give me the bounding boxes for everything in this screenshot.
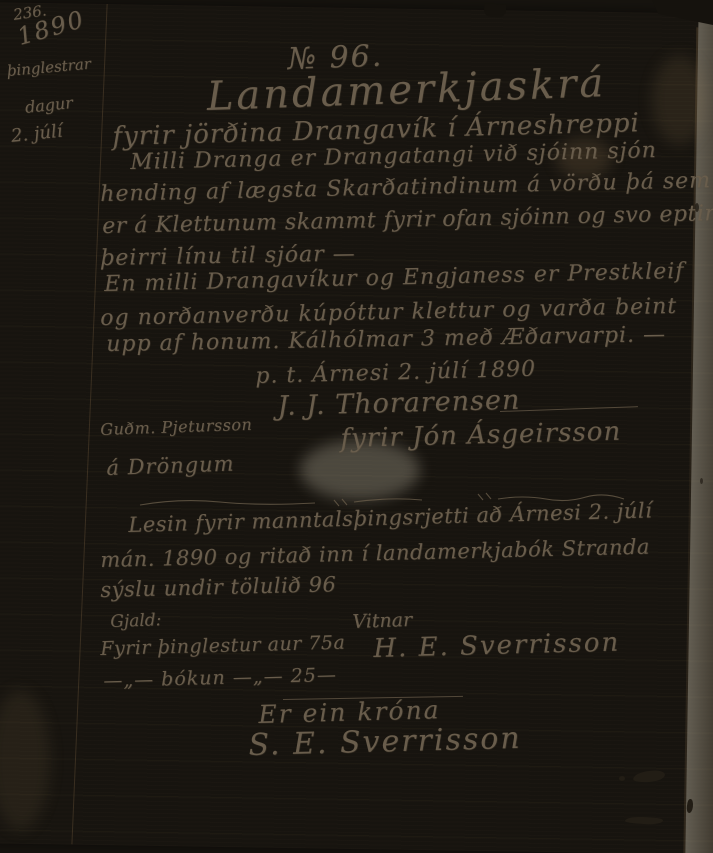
edge-speck bbox=[695, 203, 699, 212]
fees-label: Gjald: bbox=[110, 610, 162, 632]
fees-line2: —„— bókun —„— 25— bbox=[103, 664, 337, 692]
signature-main: J. J. Thorarensen bbox=[277, 385, 521, 422]
edge-speck bbox=[700, 478, 703, 484]
signature-bottom: S. E. Sverrisson bbox=[248, 721, 522, 763]
paper-stain bbox=[652, 55, 707, 145]
fees-line1: Fyrir þinglestur aur 75a bbox=[100, 632, 346, 660]
margin-note-line1: þinglestrar bbox=[6, 55, 92, 80]
scan-background: { "document": { "margin": { "entry_numbe… bbox=[0, 0, 713, 853]
scan-edge-notch bbox=[484, 4, 506, 18]
witness-label: Vitnar bbox=[352, 609, 412, 633]
ink-blot bbox=[633, 770, 666, 784]
signature-flourish bbox=[500, 406, 638, 412]
paper-stain bbox=[0, 690, 50, 830]
margin-note-line2: dagur bbox=[24, 93, 74, 117]
page-content: 236. 1890 þinglestrar dagur 2. júlí № 96… bbox=[0, 0, 713, 853]
ink-dot bbox=[619, 776, 625, 781]
signature-left-place: á Dröngum bbox=[106, 452, 235, 480]
body-line: hending af lægsta Skarðatindinum á vörðu… bbox=[100, 168, 711, 207]
ink-stroke bbox=[625, 816, 663, 826]
witness-signature: H. E. Sverrisson bbox=[373, 628, 621, 664]
body-line: er á Klettunum skammt fyrir ofan sjóinn … bbox=[102, 201, 713, 239]
body-line: sýslu undir tölulið 96 bbox=[100, 572, 337, 602]
body-line: mán. 1890 og ritað inn í landamerkjabók … bbox=[100, 535, 650, 572]
signature-on-behalf: fyrir Jón Ásgeirsson bbox=[340, 417, 622, 454]
signature-left-name: Guðm. Pjetursson bbox=[100, 415, 253, 439]
dateline: p. t. Árnesi 2. júlí 1890 bbox=[255, 357, 536, 389]
edge-damage-mark bbox=[686, 799, 694, 814]
scan-corner-shadow bbox=[652, 0, 713, 25]
margin-note-line3: 2. júlí bbox=[10, 121, 64, 147]
